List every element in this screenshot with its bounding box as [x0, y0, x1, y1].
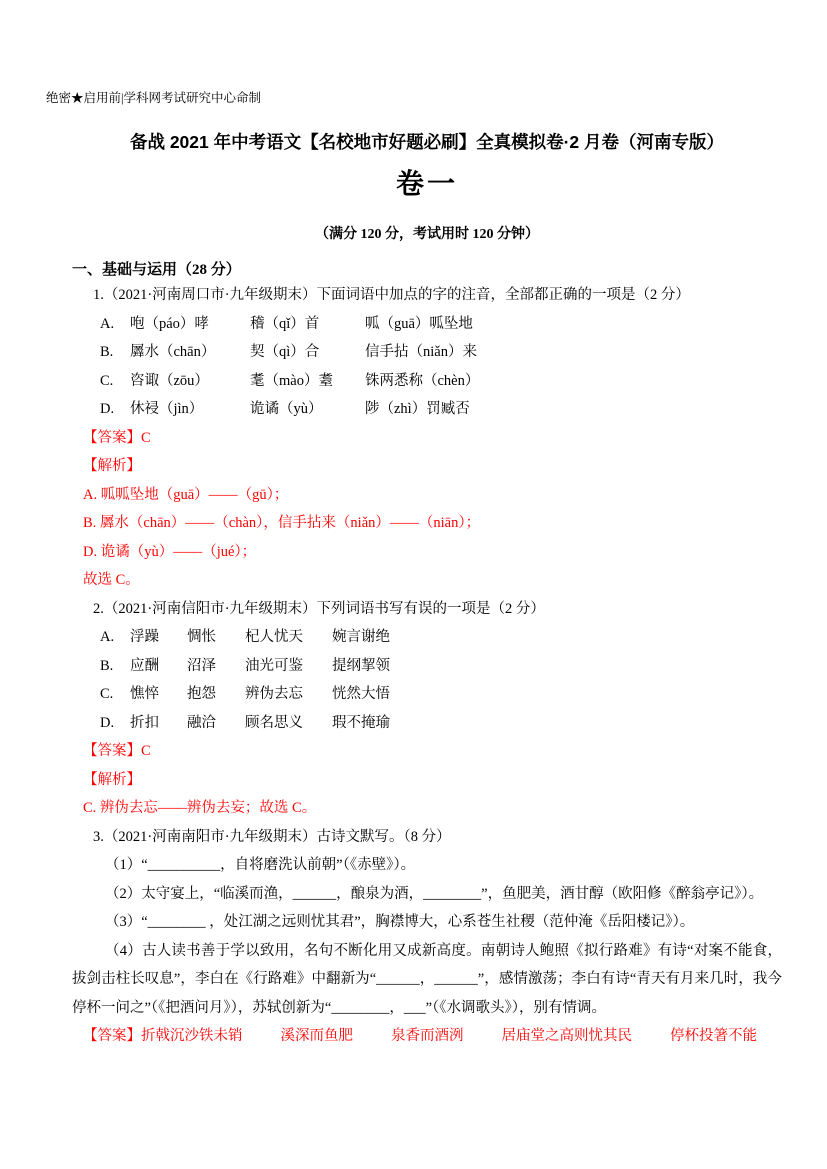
option-item: 呱（guā）呱坠地: [365, 310, 473, 339]
q3-sub-1: （1）“__________，自将磨洗认前朝”（《赤壁》）。: [72, 851, 782, 880]
exam-title: 备战 2021 年中考语文【名校地市好题必刷】全真模拟卷·2 月卷（河南专版）: [72, 129, 782, 155]
q1-stem: 1.（2021·河南周口市·九年级期末）下面词语中加点的字的注音，全部都正确的一…: [72, 281, 782, 310]
option-item: 惆怅: [187, 623, 245, 652]
security-header: 绝密★启用前|学科网考试研究中心命制: [46, 90, 782, 107]
q2-stem: 2.（2021·河南信阳市·九年级期末）下列词语书写有误的一项是（2 分）: [72, 595, 782, 624]
option-label: D.: [100, 395, 130, 424]
option-item: 诡谲（yù）: [250, 395, 365, 424]
option-item: 休祲（jìn）: [130, 395, 250, 424]
option-item: 沼泽: [187, 652, 245, 681]
q1-option-b: B. 羼水（chān） 契（qì）合 信手拈（niǎn）来: [100, 338, 782, 367]
option-item: 提纲挈领: [332, 652, 390, 681]
q3-sub-3: （3）“________ ，处江湖之远则忧其君”，胸襟博大，心系苍生社稷（范仲淹…: [72, 908, 782, 937]
option-item: 应酬: [130, 652, 187, 681]
option-item: 契（qì）合: [250, 338, 365, 367]
q1-analysis-item: D. 诡谲（yù）——（jué）；: [72, 538, 782, 567]
option-label: C.: [100, 367, 130, 396]
q1-answer: 【答案】C: [72, 424, 782, 453]
option-label: D.: [100, 709, 130, 738]
q2-analysis-heading: 【解析】: [72, 766, 782, 795]
option-item: 稽（qǐ）首: [250, 310, 365, 339]
section-1-heading: 一、基础与运用（28 分）: [72, 259, 782, 281]
option-item: 瑕不掩瑜: [332, 709, 390, 738]
option-item: 恍然大悟: [332, 680, 390, 709]
option-item: 杞人忧天: [245, 623, 332, 652]
answer-item: 溪深而鱼肥: [281, 1022, 354, 1051]
q3-answer-row: 【答案】 折戟沉沙铁未销 溪深而鱼肥 泉香而酒洌 居庙堂之高则忧其民 停杯投箸不…: [72, 1022, 782, 1051]
volume-heading: 卷一: [72, 167, 782, 201]
option-item: 咆（páo）哮: [130, 310, 250, 339]
q1-option-d: D. 休祲（jìn） 诡谲（yù） 陟（zhì）罚臧否: [100, 395, 782, 424]
option-item: 憔悴: [130, 680, 187, 709]
q2-analysis-item: C. 辨伪去忘——辨伪去妄；故选 C。: [72, 794, 782, 823]
option-label: B.: [100, 338, 130, 367]
answer-item: 泉香而酒洌: [391, 1022, 464, 1051]
option-label: A.: [100, 623, 130, 652]
option-item: 婉言谢绝: [332, 623, 390, 652]
q2-option-d: D. 折扣 融洽 顾名思义 瑕不掩瑜: [100, 709, 782, 738]
q3-sub-4: （4）古人读书善于学以致用，名句不断化用又成新高度。南朝诗人鲍照《拟行路难》有诗…: [72, 937, 782, 1023]
q1-analysis-conclusion: 故选 C。: [72, 566, 782, 595]
q1-analysis-item: B. 羼水（chān）——（chàn），信手拈来（niǎn）——（niān）；: [72, 509, 782, 538]
option-item: 顾名思义: [245, 709, 332, 738]
q1-analysis-item: A. 呱呱坠地（guā）——（gū）；: [72, 481, 782, 510]
option-item: 羼水（chān）: [130, 338, 250, 367]
exam-info-line: （满分 120 分，考试用时 120 分钟）: [72, 225, 782, 245]
q1-analysis-heading: 【解析】: [72, 452, 782, 481]
option-item: 陟（zhì）罚臧否: [365, 395, 470, 424]
option-label: C.: [100, 680, 130, 709]
q1-option-a: A. 咆（páo）哮 稽（qǐ）首 呱（guā）呱坠地: [100, 310, 782, 339]
option-item: 铢两悉称（chèn）: [365, 367, 479, 396]
option-item: 浮躁: [130, 623, 187, 652]
q3-sub-2: （2）太守宴上，“临溪而渔，______，酿泉为酒，________”，鱼肥美，…: [72, 880, 782, 909]
q2-answer: 【答案】C: [72, 737, 782, 766]
q1-option-c: C. 咨诹（zōu） 耄（mào）耋 铢两悉称（chèn）: [100, 367, 782, 396]
option-item: 信手拈（niǎn）来: [365, 338, 477, 367]
option-item: 抱怨: [187, 680, 245, 709]
q2-option-b: B. 应酬 沼泽 油光可鉴 提纲挈领: [100, 652, 782, 681]
option-item: 耄（mào）耋: [250, 367, 365, 396]
answer-item: 折戟沉沙铁未销: [141, 1022, 243, 1051]
option-item: 融洽: [187, 709, 245, 738]
q2-option-c: C. 憔悴 抱怨 辨伪去忘 恍然大悟: [100, 680, 782, 709]
document-page: 绝密★启用前|学科网考试研究中心命制 备战 2021 年中考语文【名校地市好题必…: [0, 0, 827, 1169]
answer-label: 【答案】: [83, 1022, 141, 1051]
option-item: 折扣: [130, 709, 187, 738]
option-item: 辨伪去忘: [245, 680, 332, 709]
q3-stem: 3.（2021·河南南阳市·九年级期末）古诗文默写。（8 分）: [72, 823, 782, 852]
option-label: A.: [100, 310, 130, 339]
option-label: B.: [100, 652, 130, 681]
q2-option-a: A. 浮躁 惆怅 杞人忧天 婉言谢绝: [100, 623, 782, 652]
answer-item: 居庙堂之高则忧其民: [502, 1022, 633, 1051]
answer-item: 停杯投箸不能: [670, 1022, 757, 1051]
option-item: 油光可鉴: [245, 652, 332, 681]
option-item: 咨诹（zōu）: [130, 367, 250, 396]
